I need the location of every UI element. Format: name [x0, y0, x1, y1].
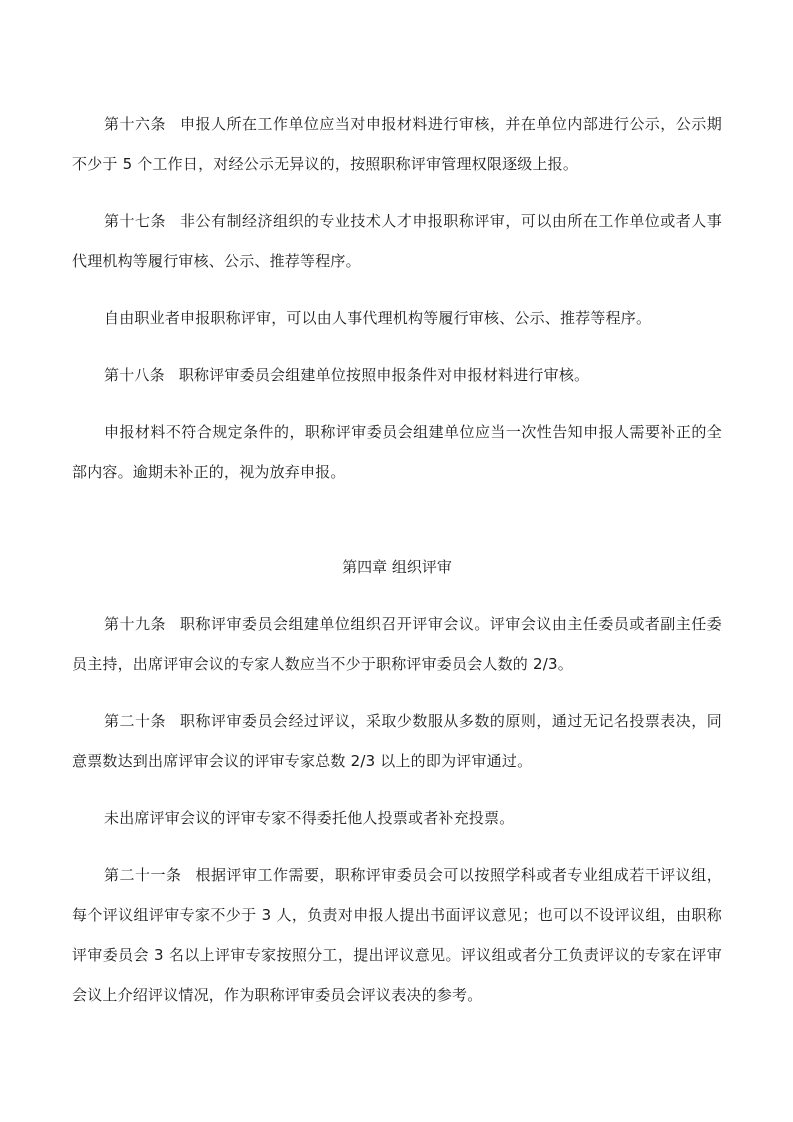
article-20-paragraph-2: 未出席评审会议的评审专家不得委托他人投票或者补充投票。 — [72, 798, 722, 838]
paragraph-text: 申报材料不符合规定条件的，职称评审委员会组建单位应当一次性告知申报人需要补正的全… — [72, 423, 722, 481]
paragraph-text: 自由职业者申报职称评审，可以由人事代理机构等履行审核、公示、推荐等程序。 — [104, 309, 651, 327]
article-text: 申报人所在工作单位应当对申报材料进行审核，并在单位内部进行公示，公示期不少于 5… — [72, 115, 722, 173]
article-number: 第十七条 — [104, 212, 166, 230]
article-text: 职称评审委员会经过评议，采取少数服从多数的原则，通过无记名投票表决，同意票数达到… — [72, 712, 722, 770]
article-20: 第二十条职称评审委员会经过评议，采取少数服从多数的原则，通过无记名投票表决，同意… — [72, 701, 722, 781]
article-number: 第二十一条 — [104, 866, 181, 884]
article-16: 第十六条申报人所在工作单位应当对申报材料进行审核，并在单位内部进行公示，公示期不… — [72, 104, 722, 184]
article-18: 第十八条职称评审委员会组建单位按照申报条件对申报材料进行审核。 — [72, 355, 722, 395]
article-21: 第二十一条根据评审工作需要，职称评审委员会可以按照学科或者专业组成若干评议组，每… — [72, 855, 722, 1015]
chapter-heading: 第四章 组织评审 — [72, 547, 722, 587]
paragraph-text: 未出席评审会议的评审专家不得委托他人投票或者补充投票。 — [104, 809, 514, 827]
article-18-paragraph-2: 申报材料不符合规定条件的，职称评审委员会组建单位应当一次性告知申报人需要补正的全… — [72, 412, 722, 492]
article-text: 根据评审工作需要，职称评审委员会可以按照学科或者专业组成若干评议组，每个评议组评… — [72, 866, 722, 1004]
document-page: 第十六条申报人所在工作单位应当对申报材料进行审核，并在单位内部进行公示，公示期不… — [72, 104, 722, 1015]
article-text: 职称评审委员会组建单位组织召开评审会议。评审会议由主任委员或者副主任委员主持，出… — [72, 615, 722, 673]
article-text: 职称评审委员会组建单位按照申报条件对申报材料进行审核。 — [179, 366, 589, 384]
article-number: 第二十条 — [104, 712, 166, 730]
article-17: 第十七条非公有制经济组织的专业技术人才申报职称评审，可以由所在工作单位或者人事代… — [72, 201, 722, 281]
article-number: 第十六条 — [104, 115, 166, 133]
article-number: 第十九条 — [104, 615, 166, 633]
article-19: 第十九条职称评审委员会组建单位组织召开评审会议。评审会议由主任委员或者副主任委员… — [72, 604, 722, 684]
article-number: 第十八条 — [104, 366, 165, 384]
article-17-paragraph-2: 自由职业者申报职称评审，可以由人事代理机构等履行审核、公示、推荐等程序。 — [72, 298, 722, 338]
article-text: 非公有制经济组织的专业技术人才申报职称评审，可以由所在工作单位或者人事代理机构等… — [72, 212, 722, 270]
